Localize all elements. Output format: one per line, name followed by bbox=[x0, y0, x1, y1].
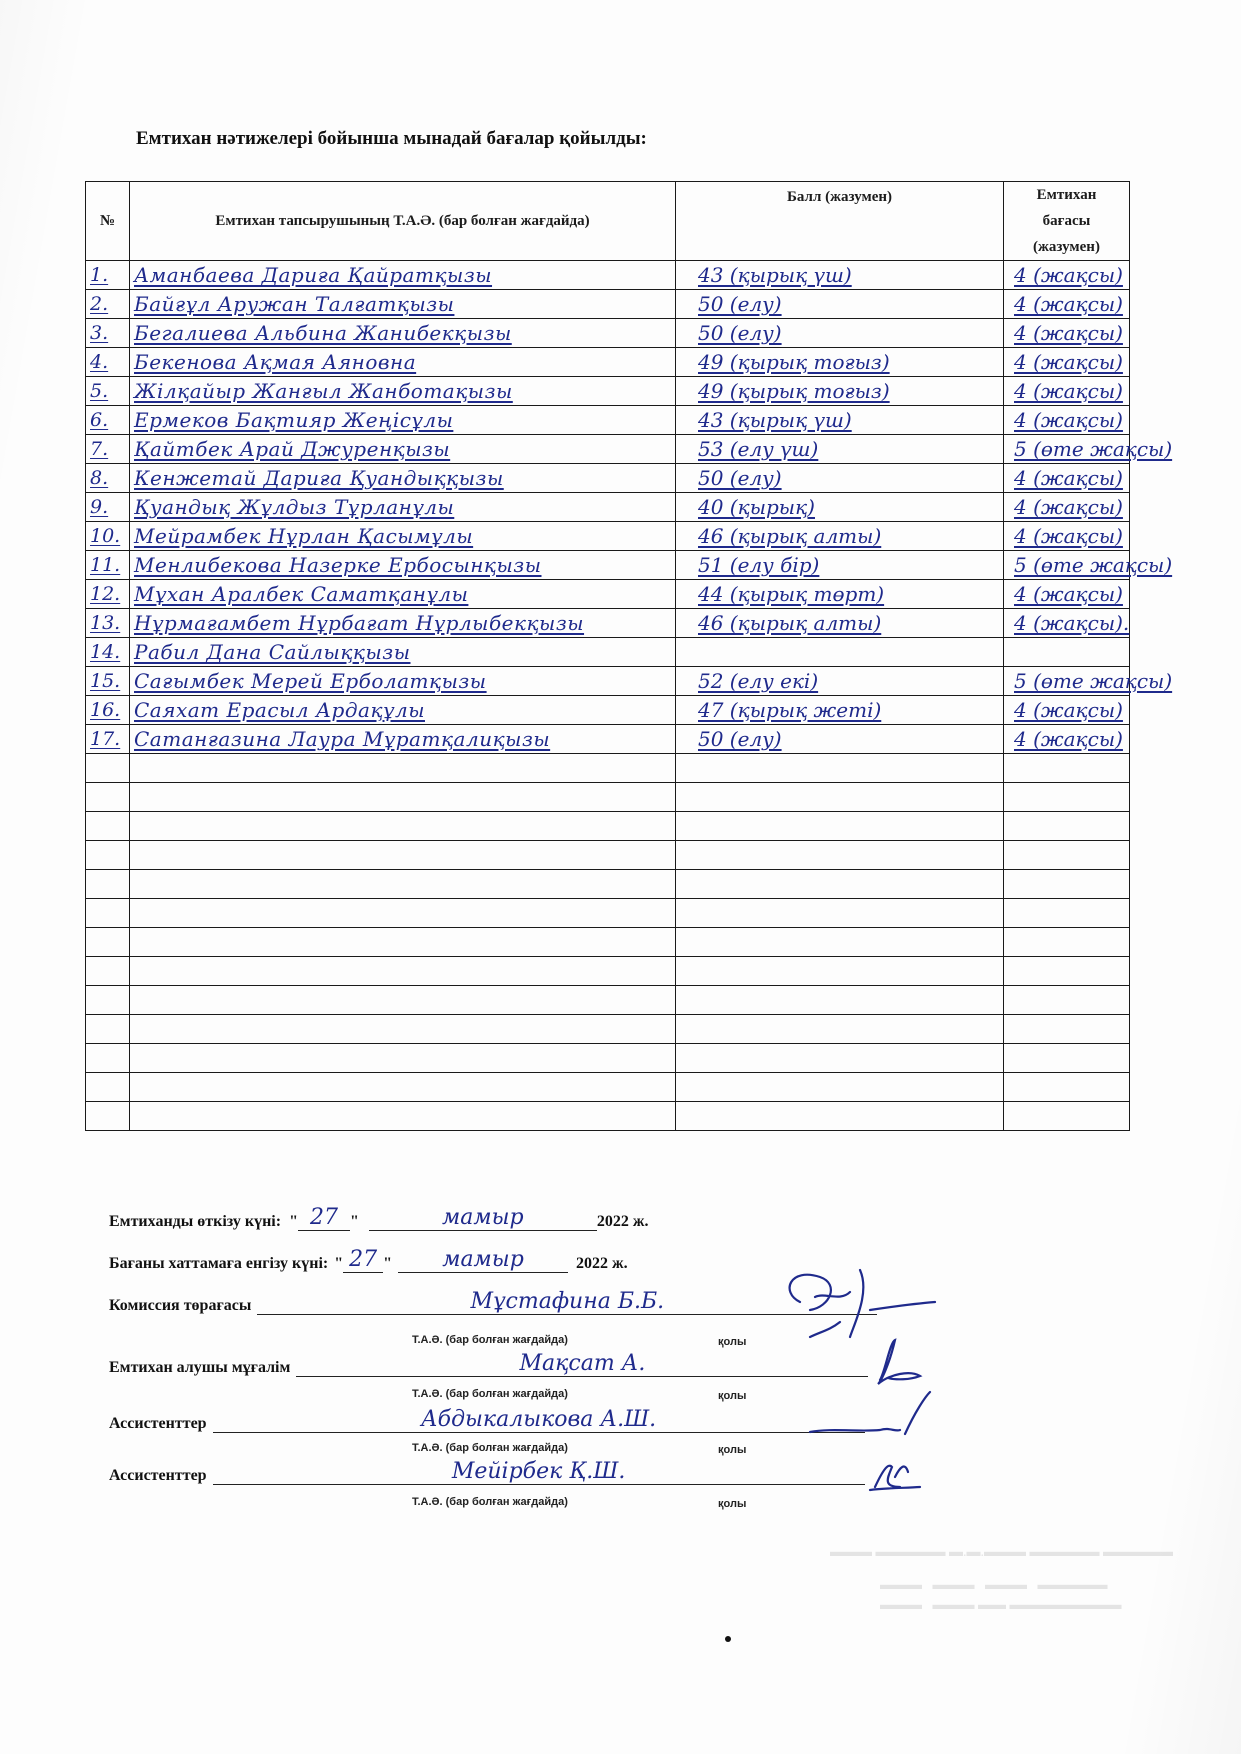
grade-cell: 5 (өте жақсы) bbox=[1004, 551, 1130, 580]
entry-date-line: Бағаны хаттамаға енгізу күні: " 27 " мам… bbox=[109, 1248, 628, 1273]
table-row-empty bbox=[86, 841, 1130, 870]
signatory-assistant-2: Ассистенттер Мейірбек Қ.Ш. bbox=[109, 1460, 865, 1485]
signatory-name: Мейірбек Қ.Ш. bbox=[213, 1460, 865, 1485]
empty-cell bbox=[1004, 870, 1130, 899]
student-name-text: Нұрмағамбет Нұрбағат Нұрлыбекқызы bbox=[130, 611, 584, 635]
grade-cell: 4 (жақсы) bbox=[1004, 406, 1130, 435]
empty-cell bbox=[676, 1102, 1004, 1131]
score-cell: 50 (елу) bbox=[676, 319, 1004, 348]
table-row: 15.Сағымбек Мерей Ерболатқызы52 (елу екі… bbox=[86, 667, 1130, 696]
score-cell-text: 49 (қырық тоғыз) bbox=[676, 379, 890, 403]
row-number-text: 10. bbox=[86, 525, 120, 547]
assistant1-signature-icon bbox=[810, 1392, 930, 1434]
table-row-empty bbox=[86, 783, 1130, 812]
signatory-role: Ассистенттер bbox=[109, 1415, 207, 1433]
student-name: Бекенова Ақмая Аяновна bbox=[130, 348, 676, 377]
score-cell-text bbox=[676, 640, 698, 664]
row-number: 2. bbox=[86, 290, 130, 319]
empty-cell bbox=[130, 957, 676, 986]
score-cell bbox=[676, 638, 1004, 667]
empty-cell bbox=[130, 841, 676, 870]
grade-cell-text: 4 (жақсы) bbox=[1004, 466, 1123, 490]
intro-heading: Емтихан нәтижелері бойынша мынадай бағал… bbox=[136, 128, 647, 150]
grade-cell: 4 (жақсы) bbox=[1004, 580, 1130, 609]
table-header-row: № Емтихан тапсырушының Т.А.Ә. (бар болға… bbox=[86, 182, 1130, 261]
empty-cell bbox=[1004, 1102, 1130, 1131]
score-cell-text: 53 (елу үш) bbox=[676, 437, 818, 461]
grades-table-body: 1.Аманбаева Дариға Қайратқызы43 (қырық ү… bbox=[86, 261, 1130, 1131]
student-name-text: Қуандық Жұлдыз Тұрланұлы bbox=[130, 495, 454, 519]
score-cell-text: 52 (елу екі) bbox=[676, 669, 818, 693]
empty-cell bbox=[86, 1102, 130, 1131]
table-row: 3.Бегалиева Альбина Жанибекқызы50 (елу)4… bbox=[86, 319, 1130, 348]
empty-cell bbox=[130, 870, 676, 899]
empty-cell bbox=[676, 870, 1004, 899]
empty-cell bbox=[676, 1015, 1004, 1044]
row-number: 14. bbox=[86, 638, 130, 667]
grade-cell: 4 (жақсы) bbox=[1004, 725, 1130, 754]
row-number: 16. bbox=[86, 696, 130, 725]
signature-marks bbox=[770, 1262, 940, 1512]
score-cell-text: 47 (қырық жеті) bbox=[676, 698, 881, 722]
grade-cell-text: 4 (жақсы) bbox=[1004, 321, 1123, 345]
grade-cell-text: 4 (жақсы) bbox=[1004, 495, 1123, 519]
student-name: Кенжетай Дариға Қуандыққызы bbox=[130, 464, 676, 493]
empty-cell bbox=[86, 783, 130, 812]
empty-cell bbox=[1004, 841, 1130, 870]
row-number: 17. bbox=[86, 725, 130, 754]
empty-cell bbox=[130, 1015, 676, 1044]
caption-sign: қолы bbox=[718, 1444, 746, 1456]
exam-date-month: мамыр bbox=[369, 1206, 597, 1231]
empty-cell bbox=[130, 899, 676, 928]
student-name-text: Бекенова Ақмая Аяновна bbox=[130, 350, 416, 374]
signatory-role: Емтихан алушы мұғалім bbox=[109, 1359, 290, 1377]
student-name-text: Кенжетай Дариға Қуандыққызы bbox=[130, 466, 504, 490]
student-name-text: Мейрамбек Нұрлан Қасымұлы bbox=[130, 524, 473, 548]
student-name: Саяхат Ерасыл Ардақұлы bbox=[130, 696, 676, 725]
student-name-text: Сатанғазина Лаура Мұратқалиқызы bbox=[130, 727, 550, 751]
empty-cell bbox=[1004, 986, 1130, 1015]
score-cell: 52 (елу екі) bbox=[676, 667, 1004, 696]
student-name-text: Қайтбек Арай Джуренқызы bbox=[130, 437, 450, 461]
row-number-text: 17. bbox=[86, 728, 120, 750]
table-row-empty bbox=[86, 1015, 1130, 1044]
table-row-empty bbox=[86, 928, 1130, 957]
row-number: 13. bbox=[86, 609, 130, 638]
row-number-text: 13. bbox=[86, 612, 120, 634]
score-cell-text: 50 (елу) bbox=[676, 466, 782, 490]
grade-cell: 5 (өте жақсы) bbox=[1004, 667, 1130, 696]
student-name: Ермеков Бақтияр Жеңісұлы bbox=[130, 406, 676, 435]
grade-cell-text bbox=[1004, 640, 1014, 664]
score-cell: 40 (қырық) bbox=[676, 493, 1004, 522]
student-name: Жілқайыр Жанғыл Жанботақызы bbox=[130, 377, 676, 406]
table-row: 16.Саяхат Ерасыл Ардақұлы47 (қырық жеті)… bbox=[86, 696, 1130, 725]
header-score: Балл (жазумен) bbox=[676, 182, 1004, 261]
student-name: Мұхан Аралбек Саматқанұлы bbox=[130, 580, 676, 609]
score-cell: 43 (қырық үш) bbox=[676, 406, 1004, 435]
grade-cell-text: 4 (жақсы) bbox=[1004, 727, 1123, 751]
header-grade: Емтихан бағасы (жазумен) bbox=[1004, 182, 1130, 261]
empty-cell bbox=[676, 986, 1004, 1015]
row-number: 9. bbox=[86, 493, 130, 522]
table-row-empty bbox=[86, 812, 1130, 841]
row-number: 6. bbox=[86, 406, 130, 435]
score-cell-text: 46 (қырық алты) bbox=[676, 611, 881, 635]
row-number-text: 16. bbox=[86, 699, 120, 721]
grade-cell-text: 5 (өте жақсы) bbox=[1004, 669, 1172, 693]
empty-cell bbox=[86, 957, 130, 986]
row-number: 11. bbox=[86, 551, 130, 580]
grade-cell-text: 4 (жақсы). bbox=[1004, 611, 1129, 635]
grade-cell: 4 (жақсы). bbox=[1004, 609, 1130, 638]
table-row: 4.Бекенова Ақмая Аяновна49 (қырық тоғыз)… bbox=[86, 348, 1130, 377]
row-number-text: 9. bbox=[86, 496, 108, 518]
entry-date-day: 27 bbox=[343, 1248, 383, 1273]
grade-cell: 4 (жақсы) bbox=[1004, 348, 1130, 377]
score-cell-text: 50 (елу) bbox=[676, 727, 782, 751]
row-number-text: 12. bbox=[86, 583, 120, 605]
student-name-text: Сағымбек Мерей Ерболатқызы bbox=[130, 669, 487, 693]
empty-cell bbox=[1004, 783, 1130, 812]
student-name: Мейрамбек Нұрлан Қасымұлы bbox=[130, 522, 676, 551]
caption-name: Т.А.Ә. (бар болған жағдайда) bbox=[412, 1388, 568, 1400]
caption-name: Т.А.Ә. (бар болған жағдайда) bbox=[412, 1442, 568, 1454]
grade-cell-text: 4 (жақсы) bbox=[1004, 582, 1123, 606]
row-number-text: 1. bbox=[86, 264, 108, 286]
entry-date-month: мамыр bbox=[398, 1248, 568, 1273]
signatory-role: Комиссия төрағасы bbox=[109, 1297, 251, 1315]
table-row: 5.Жілқайыр Жанғыл Жанботақызы49 (қырық т… bbox=[86, 377, 1130, 406]
grade-cell-text: 4 (жақсы) bbox=[1004, 524, 1123, 548]
empty-cell bbox=[130, 1102, 676, 1131]
signatory-role: Ассистенттер bbox=[109, 1467, 207, 1485]
row-number-text: 2. bbox=[86, 293, 108, 315]
table-row: 7.Қайтбек Арай Джуренқызы53 (елу үш)5 (ө… bbox=[86, 435, 1130, 464]
score-cell-text: 43 (қырық үш) bbox=[676, 263, 852, 287]
table-row-empty bbox=[86, 870, 1130, 899]
row-number: 3. bbox=[86, 319, 130, 348]
student-name: Менлибекова Назерке Ербосынқызы bbox=[130, 551, 676, 580]
caption-sign: қолы bbox=[718, 1498, 746, 1510]
empty-cell bbox=[130, 783, 676, 812]
empty-cell bbox=[676, 928, 1004, 957]
student-name: Нұрмағамбет Нұрбағат Нұрлыбекқызы bbox=[130, 609, 676, 638]
row-number-text: 8. bbox=[86, 467, 108, 489]
caption-sign: қолы bbox=[718, 1390, 746, 1402]
grade-cell: 4 (жақсы) bbox=[1004, 261, 1130, 290]
row-number-text: 14. bbox=[86, 641, 120, 663]
table-row: 10.Мейрамбек Нұрлан Қасымұлы46 (қырық ал… bbox=[86, 522, 1130, 551]
signatory-chair: Комиссия төрағасы Мұстафина Б.Б. bbox=[109, 1290, 877, 1315]
student-name: Бегалиева Альбина Жанибекқызы bbox=[130, 319, 676, 348]
row-number: 4. bbox=[86, 348, 130, 377]
table-row: 13.Нұрмағамбет Нұрбағат Нұрлыбекқызы46 (… bbox=[86, 609, 1130, 638]
row-number: 5. bbox=[86, 377, 130, 406]
exam-date-day: 27 bbox=[298, 1206, 350, 1231]
header-name: Емтихан тапсырушының Т.А.Ә. (бар болған … bbox=[130, 182, 676, 261]
empty-cell bbox=[1004, 812, 1130, 841]
caption-name: Т.А.Ә. (бар болған жағдайда) bbox=[412, 1334, 568, 1346]
score-cell-text: 50 (елу) bbox=[676, 321, 782, 345]
grade-cell-text: 4 (жақсы) bbox=[1004, 292, 1123, 316]
score-cell-text: 44 (қырық төрт) bbox=[676, 582, 884, 606]
student-name-text: Жілқайыр Жанғыл Жанботақызы bbox=[130, 379, 513, 403]
student-name: Аманбаева Дариға Қайратқызы bbox=[130, 261, 676, 290]
empty-cell bbox=[130, 928, 676, 957]
assistant2-signature-icon bbox=[870, 1466, 920, 1490]
score-cell-text: 46 (қырық алты) bbox=[676, 524, 881, 548]
grade-cell-text: 4 (жақсы) bbox=[1004, 379, 1123, 403]
student-name: Қайтбек Арай Джуренқызы bbox=[130, 435, 676, 464]
score-cell: 49 (қырық тоғыз) bbox=[676, 377, 1004, 406]
score-cell: 50 (елу) bbox=[676, 464, 1004, 493]
row-number: 15. bbox=[86, 667, 130, 696]
signatory-name: Абдыкалыкова А.Ш. bbox=[213, 1408, 865, 1433]
score-cell: 50 (елу) bbox=[676, 290, 1004, 319]
empty-cell bbox=[130, 754, 676, 783]
empty-cell bbox=[676, 754, 1004, 783]
row-number: 1. bbox=[86, 261, 130, 290]
grade-cell bbox=[1004, 638, 1130, 667]
caption-name: Т.А.Ә. (бар болған жағдайда) bbox=[412, 1496, 568, 1508]
score-cell: 44 (қырық төрт) bbox=[676, 580, 1004, 609]
table-row: 1.Аманбаева Дариға Қайратқызы43 (қырық ү… bbox=[86, 261, 1130, 290]
row-number-text: 4. bbox=[86, 351, 108, 373]
grade-cell: 4 (жақсы) bbox=[1004, 464, 1130, 493]
empty-cell bbox=[1004, 1015, 1130, 1044]
bleed-through-text: ▬▬▬ ▬▬▬ ▬▬ ▬▬▬▬▬▬▬▬ bbox=[880, 1598, 1122, 1614]
empty-cell bbox=[86, 1073, 130, 1102]
exam-date-label: Емтиханды өткізу күні: bbox=[109, 1213, 281, 1231]
score-cell: 53 (елу үш) bbox=[676, 435, 1004, 464]
empty-cell bbox=[676, 1044, 1004, 1073]
empty-cell bbox=[86, 870, 130, 899]
table-row-empty bbox=[86, 1044, 1130, 1073]
bleed-through-text: ▬▬▬ ▬▬▬ ▬▬▬ ▬▬▬▬▬ bbox=[880, 1578, 1108, 1594]
student-name: Сағымбек Мерей Ерболатқызы bbox=[130, 667, 676, 696]
student-name-text: Бегалиева Альбина Жанибекқызы bbox=[130, 321, 512, 345]
signatory-assistant-1: Ассистенттер Абдыкалыкова А.Ш. bbox=[109, 1408, 865, 1433]
entry-date-label: Бағаны хаттамаға енгізу күні: bbox=[109, 1255, 328, 1273]
grade-cell: 5 (өте жақсы) bbox=[1004, 435, 1130, 464]
score-cell: 46 (қырық алты) bbox=[676, 522, 1004, 551]
empty-cell bbox=[86, 812, 130, 841]
row-number-text: 3. bbox=[86, 322, 108, 344]
table-row: 11.Менлибекова Назерке Ербосынқызы51 (ел… bbox=[86, 551, 1130, 580]
table-row: 2.Байғұл Аружан Талғатқызы50 (елу)4 (жақ… bbox=[86, 290, 1130, 319]
grade-cell-text: 4 (жақсы) bbox=[1004, 408, 1123, 432]
grade-cell-text: 4 (жақсы) bbox=[1004, 350, 1123, 374]
student-name: Байғұл Аружан Талғатқызы bbox=[130, 290, 676, 319]
empty-cell bbox=[676, 957, 1004, 986]
table-row-empty bbox=[86, 899, 1130, 928]
table-row: 6.Ермеков Бақтияр Жеңісұлы43 (қырық үш)4… bbox=[86, 406, 1130, 435]
row-number-text: 5. bbox=[86, 380, 108, 402]
score-cell: 47 (қырық жеті) bbox=[676, 696, 1004, 725]
row-number: 8. bbox=[86, 464, 130, 493]
empty-cell bbox=[1004, 957, 1130, 986]
table-row-empty bbox=[86, 1102, 1130, 1131]
student-name: Сатанғазина Лаура Мұратқалиқызы bbox=[130, 725, 676, 754]
empty-cell bbox=[86, 1044, 130, 1073]
empty-cell bbox=[676, 812, 1004, 841]
empty-cell bbox=[1004, 1073, 1130, 1102]
exam-date-line: Емтиханды өткізу күні: " 27 " мамыр 2022… bbox=[109, 1206, 648, 1231]
empty-cell bbox=[676, 899, 1004, 928]
row-number: 12. bbox=[86, 580, 130, 609]
score-cell-text: 43 (қырық үш) bbox=[676, 408, 852, 432]
grade-cell: 4 (жақсы) bbox=[1004, 377, 1130, 406]
empty-cell bbox=[130, 1044, 676, 1073]
empty-cell bbox=[86, 1015, 130, 1044]
score-cell: 51 (елу бір) bbox=[676, 551, 1004, 580]
exam-date-year: 2022 ж. bbox=[597, 1213, 649, 1231]
bleed-through-text: ▬▬▬ ▬▬▬▬▬ ▬.▬.▬▬▬ ▬▬▬▬▬ ▬▬▬▬▬ bbox=[830, 1545, 1173, 1561]
empty-cell bbox=[130, 1073, 676, 1102]
row-number: 10. bbox=[86, 522, 130, 551]
empty-cell bbox=[1004, 754, 1130, 783]
row-number-text: 15. bbox=[86, 670, 120, 692]
table-row: 14.Рабил Дана Сайлыққызы bbox=[86, 638, 1130, 667]
ink-dot bbox=[725, 1636, 731, 1642]
student-name: Рабил Дана Сайлыққызы bbox=[130, 638, 676, 667]
empty-cell bbox=[130, 812, 676, 841]
score-cell: 43 (қырық үш) bbox=[676, 261, 1004, 290]
empty-cell bbox=[1004, 928, 1130, 957]
table-row: 12.Мұхан Аралбек Саматқанұлы44 (қырық тө… bbox=[86, 580, 1130, 609]
table-row-empty bbox=[86, 957, 1130, 986]
signatory-examiner: Емтихан алушы мұғалім Мақсат А. bbox=[109, 1352, 868, 1377]
score-cell-text: 40 (қырық) bbox=[676, 495, 815, 519]
examiner-signature-icon bbox=[878, 1340, 920, 1384]
table-row: 8.Кенжетай Дариға Қуандыққызы50 (елу)4 (… bbox=[86, 464, 1130, 493]
score-cell-text: 50 (елу) bbox=[676, 292, 782, 316]
empty-cell bbox=[130, 986, 676, 1015]
grade-cell: 4 (жақсы) bbox=[1004, 522, 1130, 551]
empty-cell bbox=[86, 841, 130, 870]
table-row-empty bbox=[86, 1073, 1130, 1102]
grade-cell-text: 4 (жақсы) bbox=[1004, 698, 1123, 722]
score-cell-text: 49 (қырық тоғыз) bbox=[676, 350, 890, 374]
chair-signature-icon bbox=[790, 1270, 935, 1337]
entry-date-year: 2022 ж. bbox=[576, 1255, 628, 1273]
caption-sign: қолы bbox=[718, 1336, 746, 1348]
empty-cell bbox=[676, 841, 1004, 870]
row-number-text: 6. bbox=[86, 409, 108, 431]
table-row: 17.Сатанғазина Лаура Мұратқалиқызы50 (ел… bbox=[86, 725, 1130, 754]
empty-cell bbox=[86, 754, 130, 783]
grade-cell: 4 (жақсы) bbox=[1004, 319, 1130, 348]
score-cell: 50 (елу) bbox=[676, 725, 1004, 754]
student-name-text: Саяхат Ерасыл Ардақұлы bbox=[130, 698, 425, 722]
grade-cell: 4 (жақсы) bbox=[1004, 493, 1130, 522]
student-name-text: Ермеков Бақтияр Жеңісұлы bbox=[130, 408, 453, 432]
grade-cell: 4 (жақсы) bbox=[1004, 696, 1130, 725]
student-name-text: Менлибекова Назерке Ербосынқызы bbox=[130, 553, 542, 577]
empty-cell bbox=[86, 928, 130, 957]
table-row: 9.Қуандық Жұлдыз Тұрланұлы40 (қырық)4 (ж… bbox=[86, 493, 1130, 522]
student-name-text: Аманбаева Дариға Қайратқызы bbox=[130, 263, 492, 287]
score-cell-text: 51 (елу бір) bbox=[676, 553, 819, 577]
empty-cell bbox=[676, 783, 1004, 812]
row-number-text: 11. bbox=[86, 554, 120, 576]
header-number: № bbox=[86, 182, 130, 261]
empty-cell bbox=[86, 986, 130, 1015]
grade-cell-text: 5 (өте жақсы) bbox=[1004, 437, 1172, 461]
empty-cell bbox=[676, 1073, 1004, 1102]
row-number-text: 7. bbox=[86, 438, 108, 460]
score-cell: 46 (қырық алты) bbox=[676, 609, 1004, 638]
student-name-text: Байғұл Аружан Талғатқызы bbox=[130, 292, 454, 316]
grade-cell-text: 5 (өте жақсы) bbox=[1004, 553, 1172, 577]
grade-cell-text: 4 (жақсы) bbox=[1004, 263, 1123, 287]
grade-cell: 4 (жақсы) bbox=[1004, 290, 1130, 319]
student-name-text: Рабил Дана Сайлыққызы bbox=[130, 640, 411, 664]
empty-cell bbox=[1004, 899, 1130, 928]
student-name: Қуандық Жұлдыз Тұрланұлы bbox=[130, 493, 676, 522]
row-number: 7. bbox=[86, 435, 130, 464]
grades-table: № Емтихан тапсырушының Т.А.Ә. (бар болға… bbox=[85, 181, 1130, 1131]
table-row-empty bbox=[86, 754, 1130, 783]
empty-cell bbox=[1004, 1044, 1130, 1073]
table-row-empty bbox=[86, 986, 1130, 1015]
student-name-text: Мұхан Аралбек Саматқанұлы bbox=[130, 582, 468, 606]
score-cell: 49 (қырық тоғыз) bbox=[676, 348, 1004, 377]
empty-cell bbox=[86, 899, 130, 928]
